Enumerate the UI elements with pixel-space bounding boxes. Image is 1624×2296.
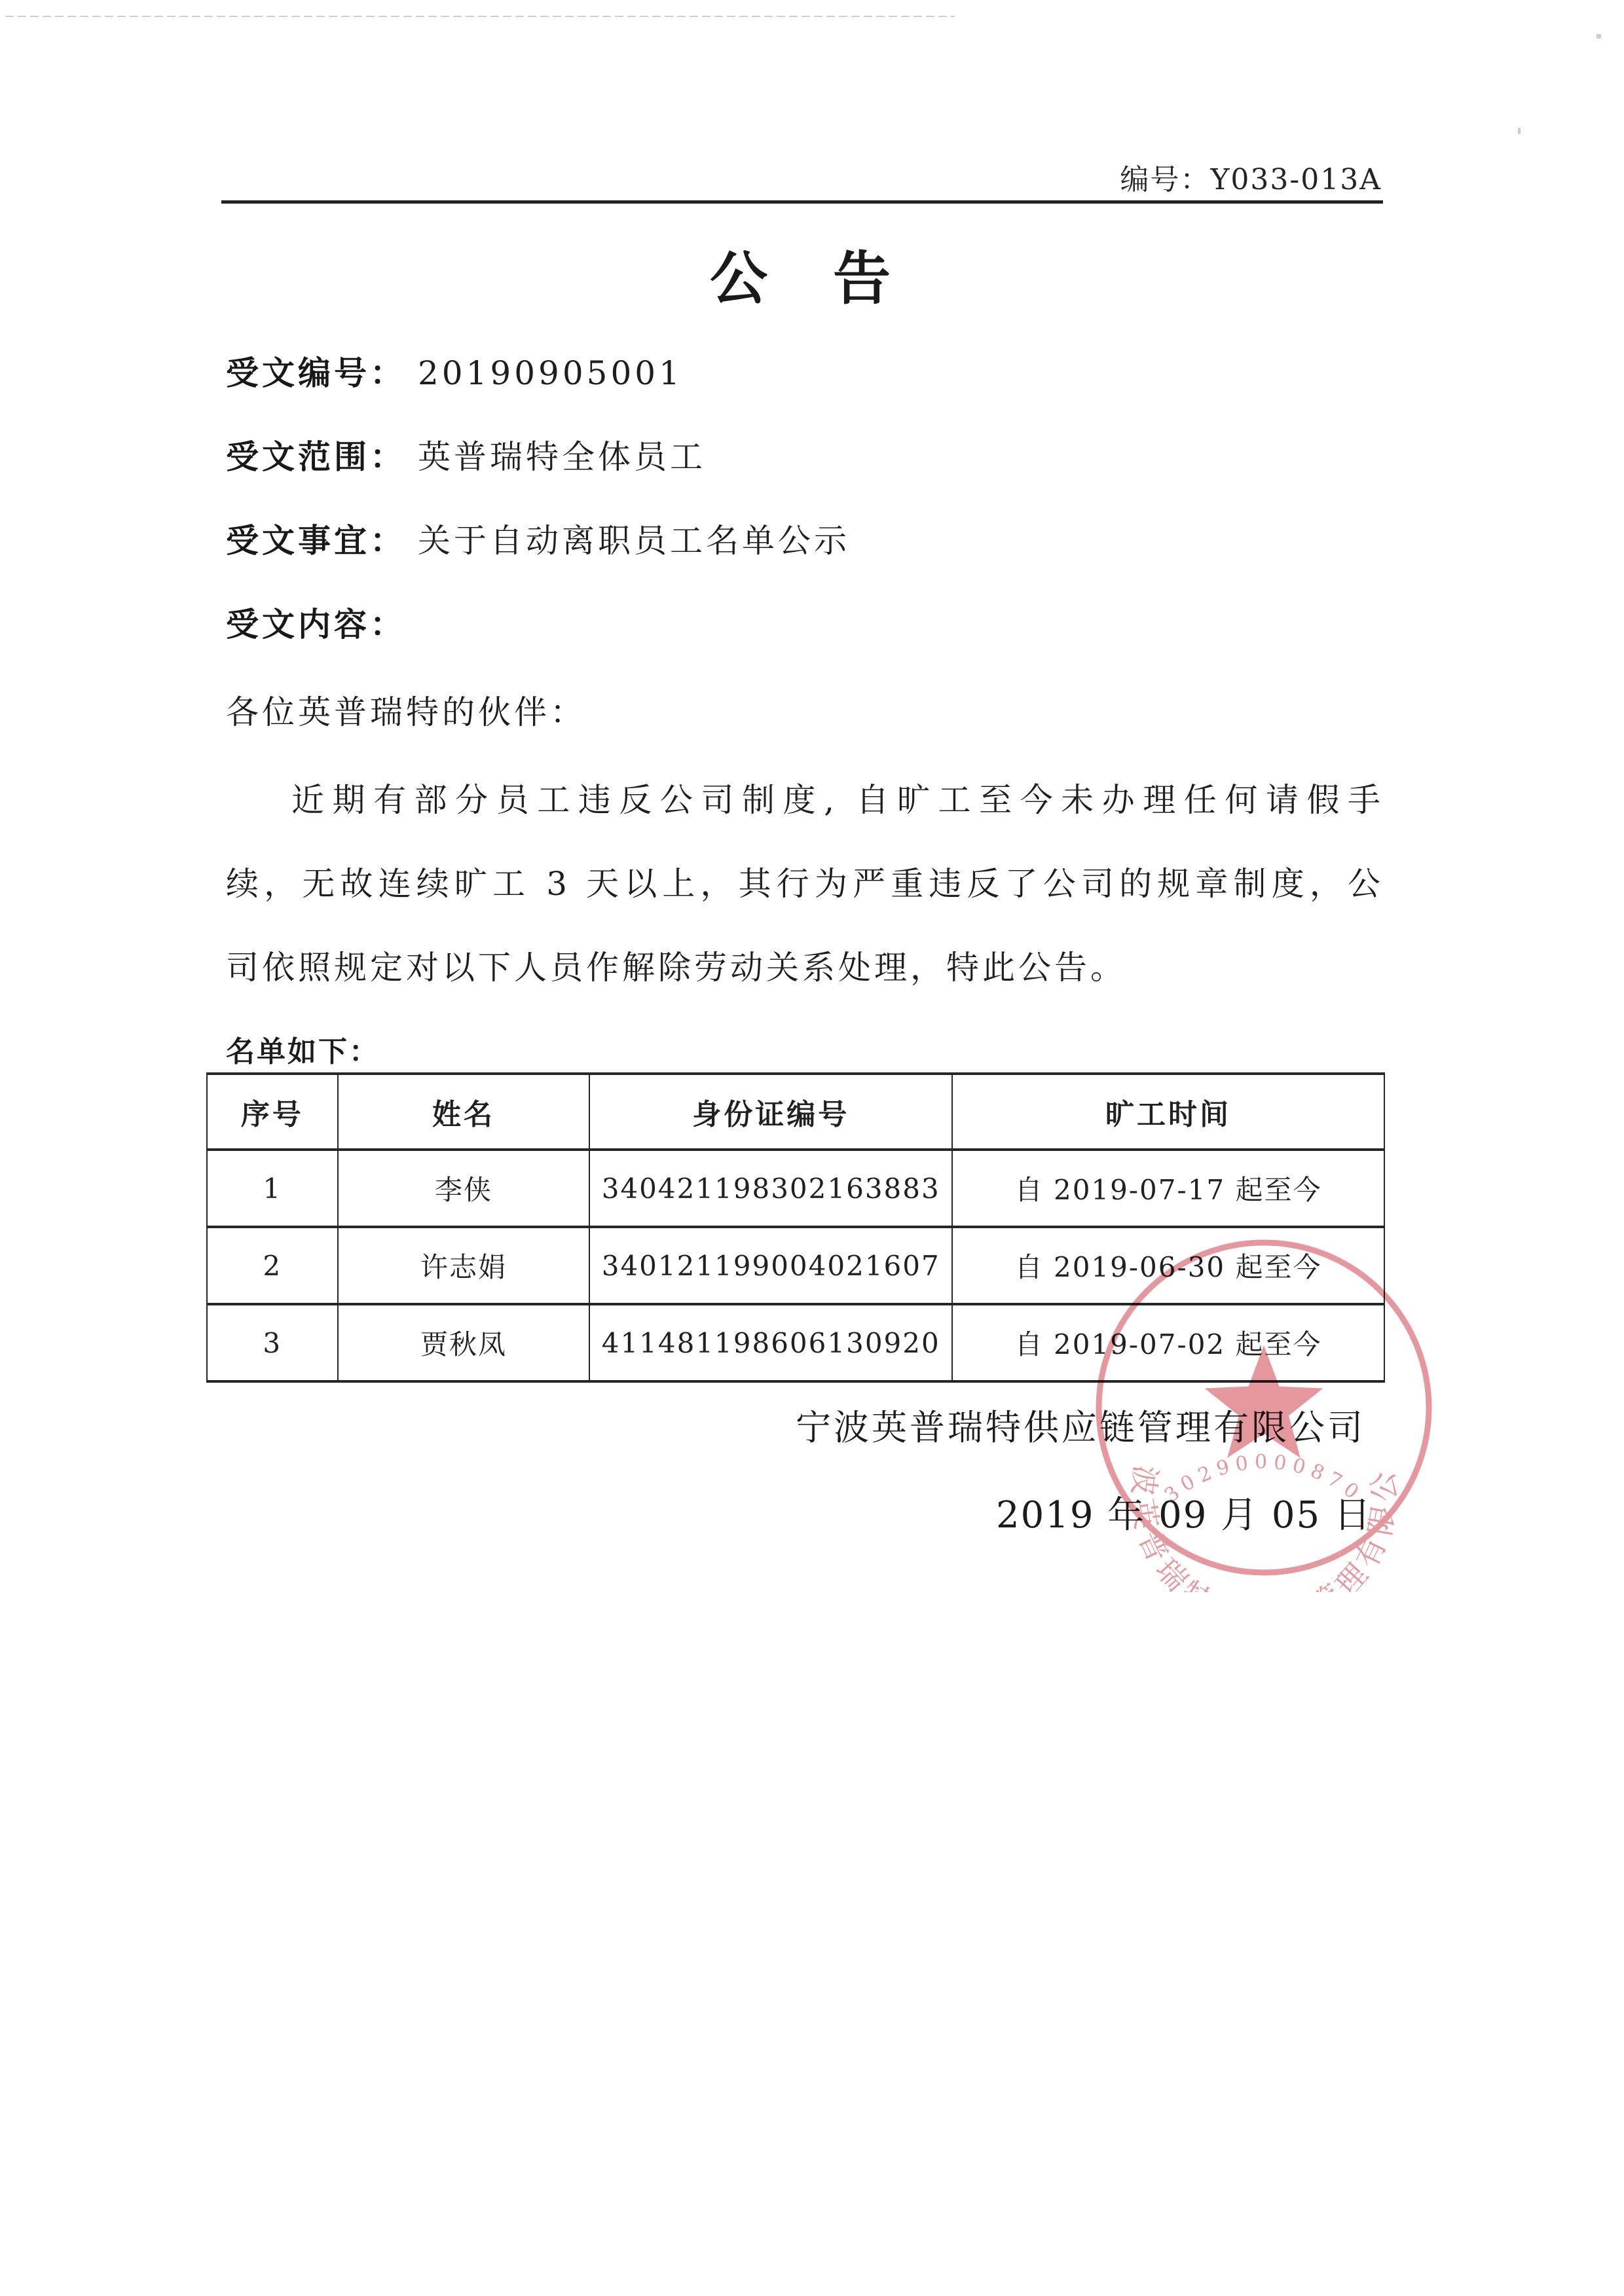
scan-artifact-line [5, 16, 955, 17]
field-label: 受文事宜： [226, 521, 406, 560]
cell-index: 1 [207, 1150, 338, 1227]
body-line: 司依照规定对以下人员作解除劳动关系处理，特此公告。 [226, 948, 1384, 987]
field-subject: 受文事宜：关于自动离职员工名单公示 [226, 521, 1385, 560]
cell-id-number: 411481198606130920 [589, 1304, 952, 1381]
cell-index: 3 [207, 1304, 338, 1381]
field-value: 关于自动离职员工名单公示 [418, 522, 850, 560]
company-seal-stamp: 宁波英普瑞特供应链管理有限公司 3302900008708 [1079, 1223, 1449, 1592]
field-value: 20190905001 [418, 354, 683, 392]
col-header-index: 序号 [207, 1074, 338, 1150]
cell-absence-period: 自 2019-07-17 起至今 [952, 1150, 1384, 1227]
body-line: 近期有部分员工违反公司制度, 自旷工至今未办理任何请假手 [226, 780, 1384, 820]
field-label: 受文范围： [226, 437, 406, 476]
page-title: 公 告 [223, 233, 1382, 316]
col-header-name: 姓名 [338, 1074, 590, 1150]
cell-index: 2 [207, 1227, 338, 1304]
table-row: 1 李侠 340421198302163883 自 2019-07-17 起至今 [207, 1150, 1384, 1227]
field-value: 英普瑞特全体员工 [418, 438, 706, 476]
header-rule [221, 200, 1383, 204]
scanned-announcement-page: 编号：Y033-013A 公 告 受文编号：20190905001 受文范围：英… [0, 0, 1624, 2296]
doc-number: 编号：Y033-013A [223, 156, 1382, 198]
cell-name: 贾秋凤 [338, 1304, 590, 1381]
cell-id-number: 340421198302163883 [589, 1150, 952, 1227]
cell-id-number: 340121199004021607 [589, 1227, 952, 1304]
table-header-row: 序号 姓名 身份证编号 旷工时间 [207, 1074, 1384, 1150]
field-label: 受文内容： [226, 605, 406, 644]
scan-speck [1596, 34, 1601, 39]
col-header-id-number: 身份证编号 [589, 1074, 952, 1150]
field-content: 受文内容： [226, 605, 1385, 644]
cell-name: 许志娟 [338, 1227, 590, 1304]
seal-star-icon [1205, 1345, 1323, 1458]
cell-name: 李侠 [338, 1150, 590, 1227]
field-recipient-number: 受文编号：20190905001 [226, 354, 1385, 393]
field-recipient-scope: 受文范围：英普瑞特全体员工 [226, 437, 1385, 477]
salutation: 各位英普瑞特的伙伴： [226, 693, 1385, 732]
field-label: 受文编号： [226, 354, 406, 392]
list-intro: 名单如下： [226, 1028, 380, 1070]
scan-speck [1518, 128, 1521, 134]
body-line: 续，无故连续旷工 3 天以上，其行为严重违反了公司的规章制度，公 [226, 864, 1384, 903]
col-header-absence-period: 旷工时间 [952, 1074, 1384, 1150]
